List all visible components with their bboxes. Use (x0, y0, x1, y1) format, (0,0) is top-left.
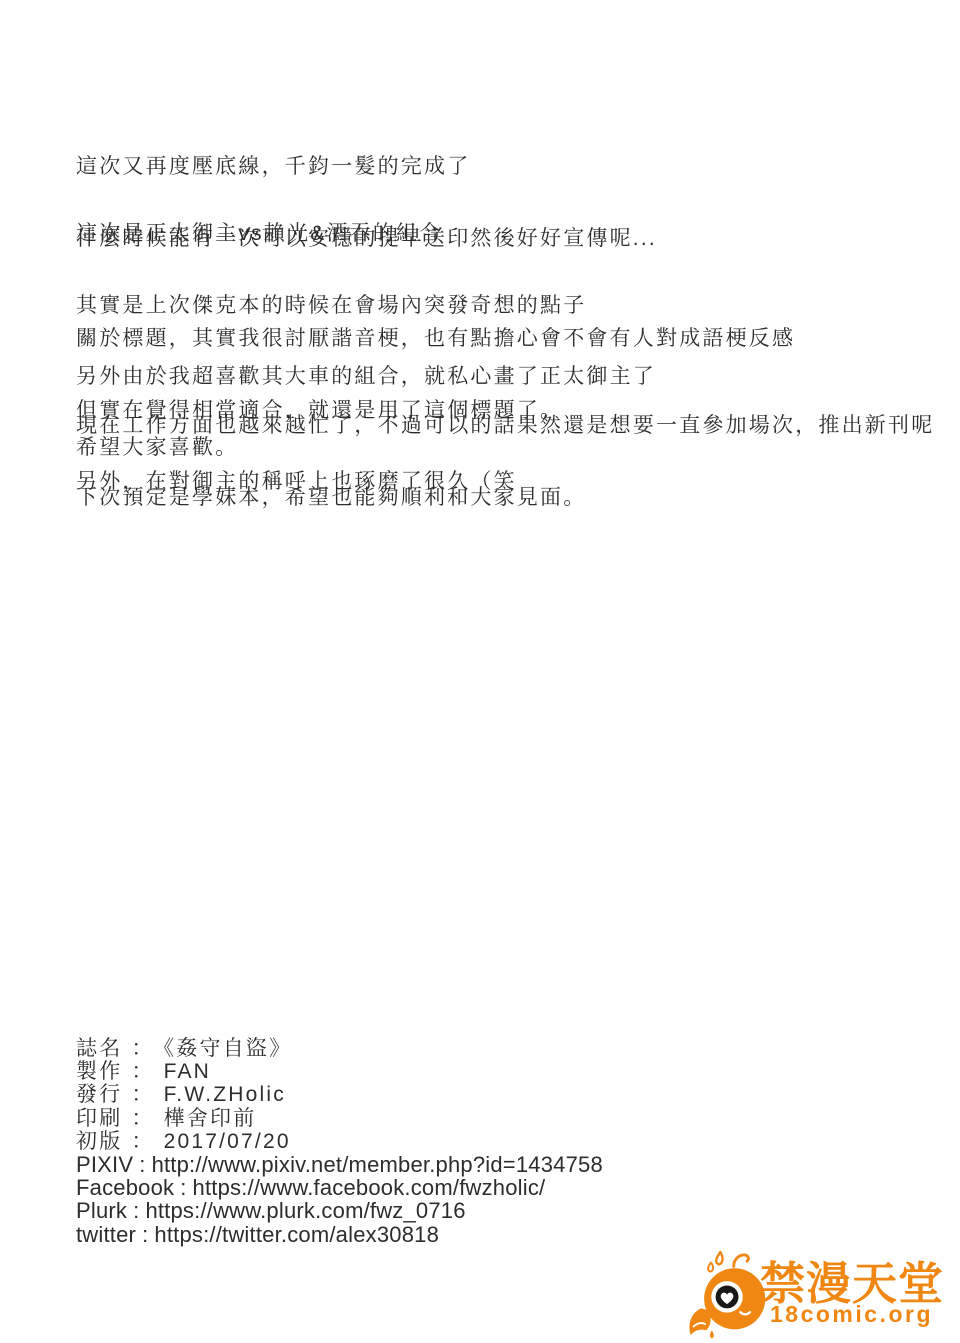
link-url: https://twitter.com/alex30818 (154, 1222, 439, 1247)
link-label: Facebook (76, 1175, 174, 1200)
colophon-value: F.W.ZHolic (164, 1083, 286, 1106)
colophon-separator: ： (131, 1107, 154, 1130)
colophon-label: 發行 (76, 1083, 122, 1106)
colophon-label: 初版 (76, 1130, 122, 1153)
link-label: PIXIV (76, 1152, 133, 1177)
text-line: 關於標題，其實我很討厭諧音梗，也有點擔心會不會有人對成語梗反感 (76, 327, 795, 351)
colophon-label: 印刷 (76, 1107, 122, 1130)
colophon-link-plurk: Plurk:https://www.plurk.com/fwz_0716 (76, 1199, 603, 1222)
colophon-separator: : (180, 1175, 186, 1200)
site-watermark: 禁漫天堂 18comic.org (686, 1249, 958, 1341)
colophon-separator: : (139, 1152, 145, 1177)
colophon-value: 樺舍印前 (164, 1107, 257, 1130)
colophon-link-twitter: twitter:https://twitter.com/alex30818 (76, 1223, 603, 1246)
colophon-link-facebook: Facebook:https://www.facebook.com/fwzhol… (76, 1176, 603, 1199)
text-line: 這次是正太御主vs賴光&酒吞的組合 (76, 222, 656, 246)
colophon-separator: ： (131, 1060, 154, 1083)
colophon-separator: ： (131, 1037, 154, 1060)
colophon-entry-title: 誌名：《姦守自盜》 (76, 1037, 603, 1060)
text-line: 現在工作方面也越來越忙了，不過可以的話果然還是想要一直參加場次，推出新刊呢 (76, 414, 934, 438)
colophon-label: 製作 (76, 1060, 122, 1083)
colophon-link-pixiv: PIXIV:http://www.pixiv.net/member.php?id… (76, 1153, 603, 1176)
colophon-value: 2017/07/20 (164, 1130, 291, 1153)
link-url: https://www.facebook.com/fwzholic/ (193, 1175, 546, 1200)
colophon-separator: : (142, 1222, 148, 1247)
watermark-site-name: 禁漫天堂 (760, 1261, 944, 1306)
link-url: https://www.plurk.com/fwz_0716 (145, 1198, 465, 1223)
link-label: Plurk (76, 1198, 127, 1223)
colophon-entry-printer: 印刷：樺舍印前 (76, 1107, 603, 1130)
link-url: http://www.pixiv.net/member.php?id=14347… (152, 1152, 603, 1177)
colophon-entry-edition: 初版：2017/07/20 (76, 1130, 603, 1153)
text-line: 下次預定是學妹本，希望也能夠順利和大家見面。 (76, 486, 934, 510)
colophon-separator: ： (131, 1083, 154, 1106)
colophon-value: FAN (164, 1060, 211, 1083)
watermark-site-domain: 18comic.org (770, 1303, 933, 1326)
colophon-label: 誌名 (76, 1037, 122, 1060)
afterword-paragraph-4: 現在工作方面也越來越忙了，不過可以的話果然還是想要一直參加場次，推出新刊呢 下次… (76, 367, 934, 557)
colophon-separator: : (133, 1198, 139, 1223)
colophon-entry-maker: 製作：FAN (76, 1060, 603, 1083)
link-label: twitter (76, 1222, 136, 1247)
colophon: 誌名：《姦守自盜》 製作：FAN 發行：F.W.ZHolic 印刷：樺舍印前 初… (76, 1037, 603, 1246)
whale-mascot-icon (686, 1250, 770, 1340)
colophon-entry-publisher: 發行：F.W.ZHolic (76, 1083, 603, 1106)
colophon-separator: ： (131, 1130, 154, 1153)
doujinshi-afterword-page: 這次又再度壓底線，千鈞一髮的完成了 什麼時候能有一次可以安穩的提早送印然後好好宣… (0, 0, 960, 1343)
colophon-value: 《姦守自盜》 (164, 1037, 293, 1060)
